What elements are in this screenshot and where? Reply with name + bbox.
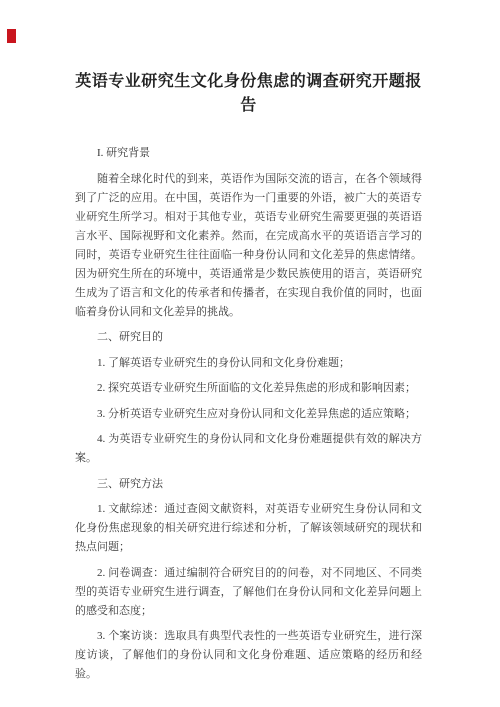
section-heading-research-background: I. 研究背景 xyxy=(75,144,422,163)
purpose-item-2: 2. 探究英语专业研究生所面临的文化差异焦虑的形成和影响因素； xyxy=(75,379,422,398)
section-heading-research-methods: 三、研究方法 xyxy=(75,475,422,494)
paragraph-research-background: 随着全球化时代的到来，英语作为国际交流的语言，在各个领域得到了广泛的应用。在中国… xyxy=(75,170,422,322)
purpose-item-1: 1. 了解英语专业研究生的身份认同和文化身份难题； xyxy=(75,354,422,373)
section-research-background: I. 研究背景 随着全球化时代的到来，英语作为国际交流的语言，在各个领域得到了广… xyxy=(75,144,422,322)
document-title: 英语专业研究生文化身份焦虑的调查研究开题报告 xyxy=(75,70,422,118)
method-item-3: 3. 个案访谈：选取具有典型代表性的一些英语专业研究生，进行深度访谈，了解他们的… xyxy=(75,627,422,684)
document-page: 英语专业研究生文化身份焦虑的调查研究开题报告 I. 研究背景 随着全球化时代的到… xyxy=(0,0,500,707)
section-heading-research-purpose: 二、研究目的 xyxy=(75,328,422,347)
method-item-2: 2. 问卷调查：通过编制符合研究目的的问卷，对不同地区、不同类型的英语专业研究生… xyxy=(75,564,422,621)
section-research-purpose: 二、研究目的 1. 了解英语专业研究生的身份认同和文化身份难题； 2. 探究英语… xyxy=(75,328,422,468)
method-item-1: 1. 文献综述：通过查阅文献资料，对英语专业研究生身份认同和文化身份焦虑现象的相… xyxy=(75,500,422,557)
purpose-item-3: 3. 分析英语专业研究生应对身份认同和文化差异焦虑的适应策略； xyxy=(75,405,422,424)
purpose-item-4: 4. 为英语专业研究生的身份认同和文化身份难题提供有效的解决方案。 xyxy=(75,430,422,468)
section-research-methods: 三、研究方法 1. 文献综述：通过查阅文献资料，对英语专业研究生身份认同和文化身… xyxy=(75,475,422,685)
red-marker xyxy=(7,29,16,43)
